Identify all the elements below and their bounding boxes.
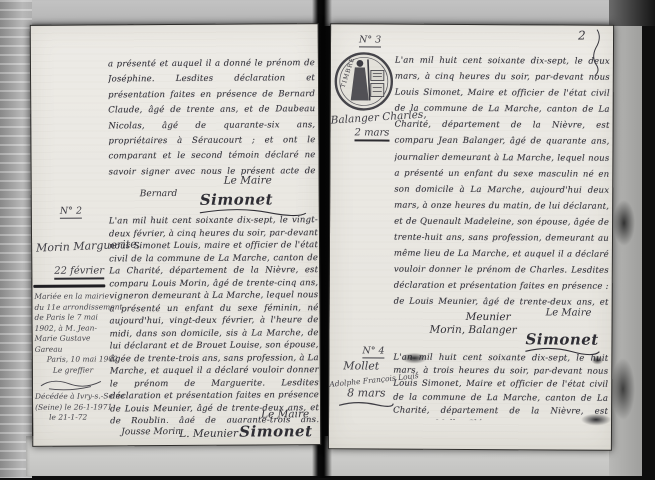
act2-text: L'an mil huit cent soixante dix-sept, le… <box>109 214 319 423</box>
ink-blot <box>581 414 611 426</box>
act3-text: L'an mil huit cent soixante dix-sept, le… <box>394 53 610 312</box>
act1-closing-le-maire: Le Maire <box>224 174 272 186</box>
register-scan: a présenté et auquel il a donné le préno… <box>0 0 655 480</box>
edge-smudge <box>613 200 635 246</box>
left-page: a présenté et auquel il a donné le préno… <box>30 23 322 447</box>
act3-margin-date: 2 mars <box>354 127 389 141</box>
act1-signature-witness: Bernard <box>140 189 178 199</box>
act2-signature-witness: L. Meunier <box>179 428 238 440</box>
act4-text: L'an mil huit cent soixante dix-sept, le… <box>393 352 608 421</box>
ink-blot <box>401 353 427 364</box>
scanner-background-corner <box>609 0 655 26</box>
margin-date-flourish <box>337 400 395 408</box>
act3-signature-father: Morin, Balanger <box>429 324 516 336</box>
act3-signature-mayor: Simonet <box>525 330 598 348</box>
ink-blot <box>591 356 603 365</box>
act3-closing-le-maire: Le Maire <box>546 307 592 318</box>
act3-signature-witness: Meunier <box>466 311 511 323</box>
margin-divider-bar <box>33 284 105 287</box>
page-stack-right-edge <box>609 18 642 476</box>
act4-margin-number: N° 4 <box>362 345 384 358</box>
act2-margin-date: 22 février <box>54 265 104 279</box>
act2-margin-number: N° 2 <box>60 206 82 219</box>
act2-closing-le-maire: Le Maire <box>261 408 309 420</box>
act2-signature-mayor: Simonet <box>239 422 312 440</box>
act2-signature-father: Jousse Morin <box>121 427 181 437</box>
act3-margin-number: N° 3 <box>359 34 381 47</box>
act1-continuation-text: a présenté et auquel il a donné le préno… <box>108 56 316 179</box>
act4-margin-date: 8 mars <box>347 386 385 400</box>
right-page: 2 N° 3 TIMBRE Balanger Charles, 2 mars L… <box>328 23 614 450</box>
greffier-signature-flourish <box>39 377 103 391</box>
revenue-stamp-icon: TIMBRE <box>333 50 395 112</box>
scanner-background-left <box>0 0 32 478</box>
edge-smudge <box>611 358 635 420</box>
folio-number: 2 <box>578 29 586 43</box>
act1-signature-mayor: Simonet <box>200 190 273 208</box>
act4-margin-name: Mollet <box>343 359 379 372</box>
